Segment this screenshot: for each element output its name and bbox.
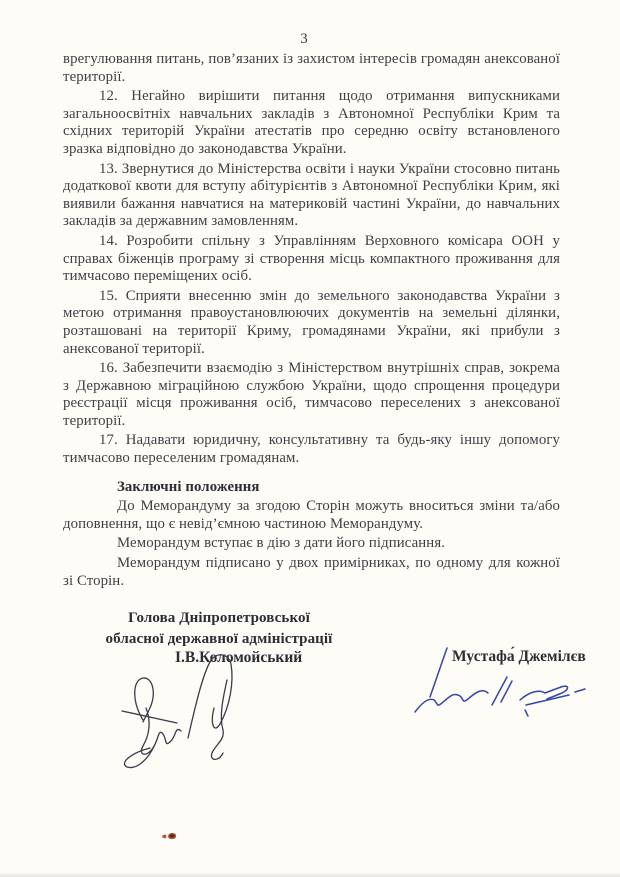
kolomoyskyi-signature-icon	[110, 650, 260, 775]
signatory-title-line1: Голова Дніпропетровської	[96, 608, 342, 629]
final-paragraph-copies: Меморандум підписано у двох примірниках,…	[63, 555, 560, 590]
signatory-title-line2: обласної державної адміністрації	[96, 629, 342, 650]
final-provisions-heading: Заключні положення	[63, 479, 560, 497]
red-ink-smudge-icon	[160, 830, 178, 842]
paragraph-14: 14. Розробити спільну з Управлінням Верх…	[63, 233, 560, 286]
paragraph-13: 13. Звернутися до Міністерства освіти і …	[63, 161, 560, 231]
page-number: 3	[0, 31, 608, 48]
paragraph-17: 17. Надавати юридичну, консультативну та…	[63, 432, 560, 467]
document-body: врегулювання питань, пов’язаних із захис…	[63, 51, 560, 650]
paragraph-15: 15. Сприяти внесенню змін до земельного …	[63, 288, 560, 358]
final-paragraph-amendments: До Меморандуму за згодою Сторін можуть в…	[63, 498, 560, 533]
paragraph-12: 12. Негайно вирішити питання щодо отрима…	[63, 88, 560, 158]
signatory-name-kolomoyskyi: І.В.Коломойський	[175, 649, 302, 667]
paragraph-continuation: врегулювання питань, пов’язаних із захис…	[63, 51, 560, 86]
signatory-title-block: Голова Дніпропетровської обласної держав…	[96, 608, 342, 650]
signatory-name-dzhemilev: Мустафа́ Джемілєв	[452, 648, 586, 666]
final-paragraph-effective-date: Меморандум вступає в дію з дати його під…	[63, 535, 560, 553]
scanned-document-page: 3 врегулювання питань, пов’язаних із зах…	[0, 0, 620, 877]
paragraph-16: 16. Забезпечити взаємодію з Міністерство…	[63, 360, 560, 430]
